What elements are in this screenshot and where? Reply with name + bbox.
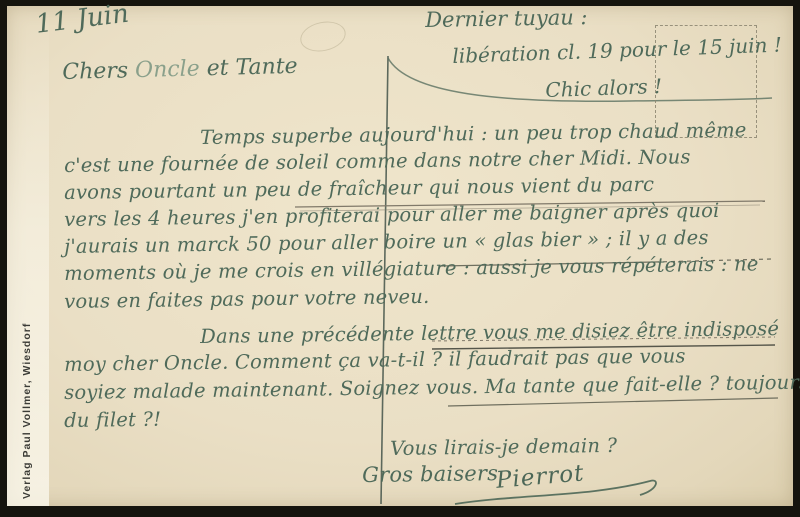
closing-line2: Gros baisers xyxy=(362,461,498,487)
postcard-scan: Verlag Paul Vollmer, Wiesdorf 11 Juin Ch… xyxy=(0,0,800,517)
body-line: du filet ?! xyxy=(64,408,161,432)
greeting-tante: et Tante xyxy=(206,54,298,81)
greeting-oncle: Oncle xyxy=(135,56,200,83)
greeting-chers: Chers xyxy=(62,58,128,85)
header-note-line1: Dernier tuyau : xyxy=(425,5,588,32)
publisher-imprint: Verlag Paul Vollmer, Wiesdorf xyxy=(21,323,33,499)
header-note-line3: Chic alors ! xyxy=(545,74,662,102)
closing-line1: Vous lirais-je demain ? xyxy=(390,434,617,460)
